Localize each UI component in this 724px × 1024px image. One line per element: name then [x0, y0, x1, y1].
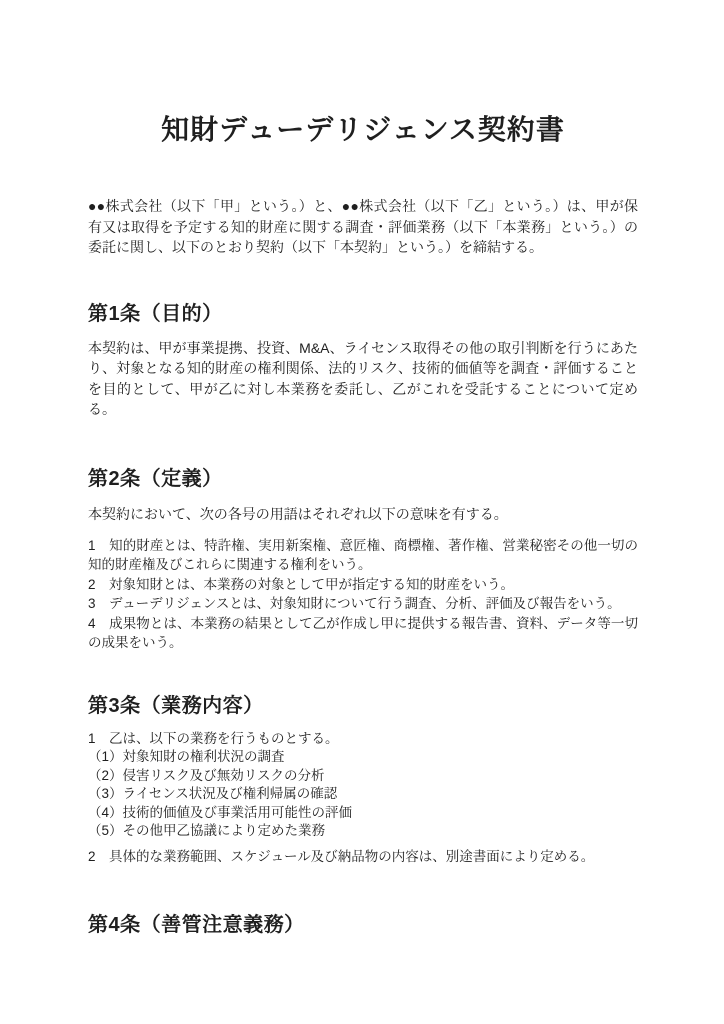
task-item: （3）ライセンス状況及び権利帰属の確認: [88, 785, 638, 804]
document-page: 知財デューデリジェンス契約書 ●●株式会社（以下「甲」という。）と、●●株式会社…: [0, 0, 724, 1024]
article-3-clause-1: 1 乙は、以下の業務を行うものとする。: [88, 730, 638, 749]
document-content: 知財デューデリジェンス契約書 ●●株式会社（以下「甲」という。）と、●●株式会社…: [0, 0, 724, 940]
article-2-heading: 第2条（定義）: [88, 464, 638, 494]
article-1-heading: 第1条（目的）: [88, 299, 638, 329]
document-title: 知財デューデリジェンス契約書: [88, 0, 638, 150]
article-4-heading: 第4条（善管注意義務）: [88, 910, 638, 940]
definition-item: 1 知的財産とは、特許権、実用新案権、意匠権、商標権、著作権、営業秘密その他一切…: [88, 536, 638, 575]
definition-item: 3 デューデリジェンスとは、対象知財について行う調査、分析、評価及び報告をいう。: [88, 594, 638, 614]
article-1-body: 本契約は、甲が事業提携、投資、M&A、ライセンス取得その他の取引判断を行うにあた…: [88, 338, 638, 420]
article-2-definition-list: 1 知的財産とは、特許権、実用新案権、意匠権、商標権、著作権、営業秘密その他一切…: [88, 536, 638, 653]
task-item: （5）その他甲乙協議により定めた業務: [88, 822, 638, 841]
definition-item: 4 成果物とは、本業務の結果として乙が作成し甲に提供する報告書、資料、データ等一…: [88, 614, 638, 653]
task-item: （2）侵害リスク及び無効リスクの分析: [88, 767, 638, 786]
article-3-task-list: （1）対象知財の権利状況の調査 （2）侵害リスク及び無効リスクの分析 （3）ライ…: [88, 748, 638, 841]
article-3-clause-2: 2 具体的な業務範囲、スケジュール及び納品物の内容は、別途書面により定める。: [88, 848, 638, 867]
preamble-paragraph: ●●株式会社（以下「甲」という。）と、●●株式会社（以下「乙」という。）は、甲が…: [88, 196, 638, 258]
task-item: （4）技術的価値及び事業活用可能性の評価: [88, 804, 638, 823]
article-3-heading: 第3条（業務内容）: [88, 691, 638, 721]
task-item: （1）対象知財の権利状況の調査: [88, 748, 638, 767]
article-2-intro: 本契約において、次の各号の用語はそれぞれ以下の意味を有する。: [88, 504, 638, 524]
definition-item: 2 対象知財とは、本業務の対象として甲が指定する知的財産をいう。: [88, 575, 638, 595]
